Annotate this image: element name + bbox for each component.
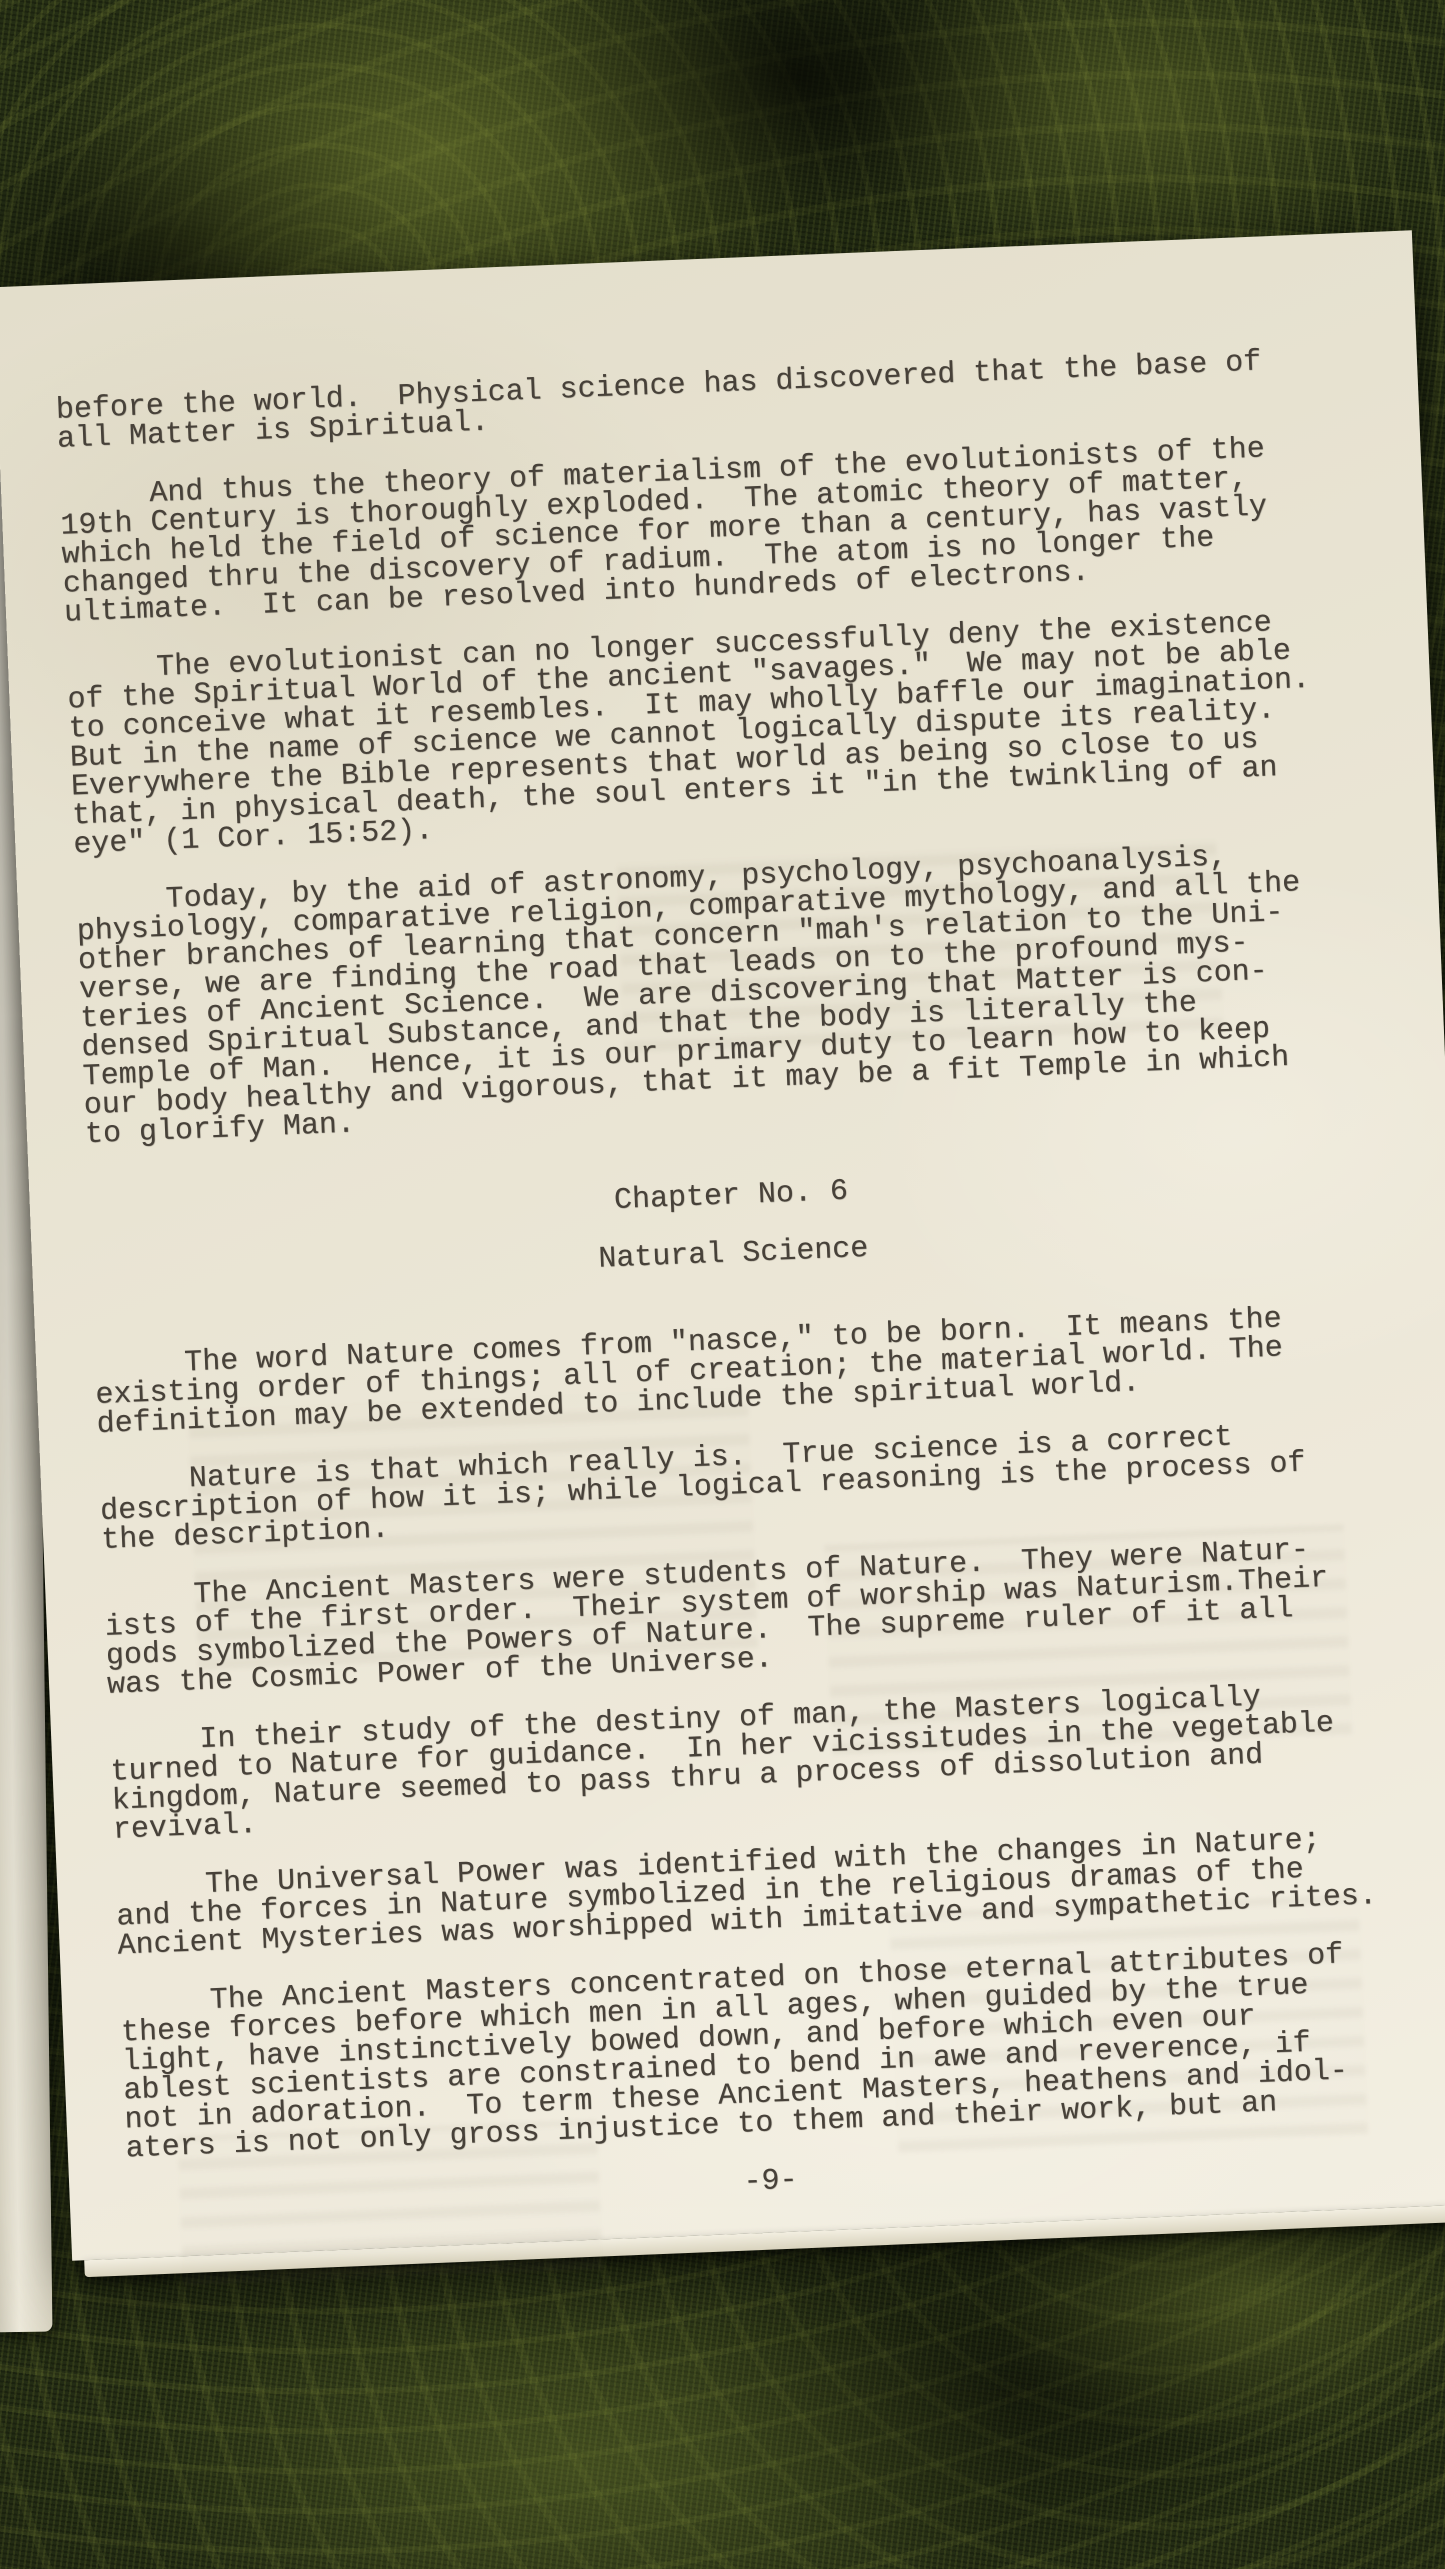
paragraph: The word Nature comes from "nasce," to b… bbox=[94, 1301, 1382, 1440]
typewritten-text: before the world. Physical science has d… bbox=[55, 345, 1413, 2222]
paragraph: The Universal Power was identified with … bbox=[115, 1823, 1403, 1962]
paragraph: Nature is that which really is. True sci… bbox=[98, 1417, 1386, 1556]
paragraph: In their study of the destiny of man, th… bbox=[109, 1678, 1399, 1846]
paragraph: The Ancient Masters concentrated on thos… bbox=[119, 1939, 1411, 2164]
paragraph: The evolutionist can no longer successfu… bbox=[66, 606, 1359, 860]
paragraph: And thus the theory of materialism of th… bbox=[59, 432, 1350, 628]
typewritten-page: before the world. Physical science has d… bbox=[0, 230, 1445, 2260]
paragraph: Today, by the aid of astronomy, psycholo… bbox=[75, 838, 1370, 1150]
paragraph: The Ancient Masters were students of Nat… bbox=[103, 1533, 1393, 1701]
